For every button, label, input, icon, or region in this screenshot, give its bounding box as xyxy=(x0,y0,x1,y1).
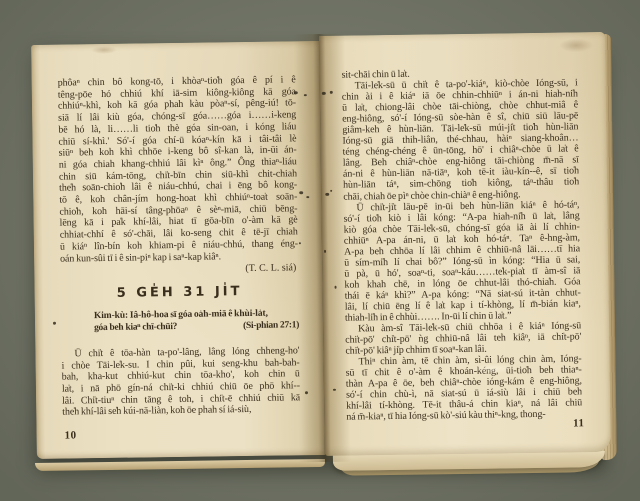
open-book: phôaⁿ chin bô kong-tō, i khòaⁿ-tio̍h góa… xyxy=(27,30,611,468)
paragraph: Tāi-le̍k-sū ū chi̍t ê ta-po'-kiáⁿ, kiò-c… xyxy=(342,77,580,202)
paragraph: Thiⁿ chin àm, tē chin àm, sì-ûi lóng chi… xyxy=(346,354,583,424)
text-line: the̍h khí-lâi se̍h kúi-nā-liàn, koh ōe p… xyxy=(62,404,300,419)
story-start-text: Ū chi̍t ê tōa-hàn ta-po'-lâng, lâng lóng… xyxy=(61,345,300,419)
ink-speck xyxy=(53,322,56,325)
paragraph: phôaⁿ chin bô kong-tō, i khòaⁿ-tio̍h góa… xyxy=(58,74,299,265)
wormhole-speck xyxy=(324,250,326,253)
byline: (T. C. L. siá) xyxy=(60,263,298,278)
wormhole-speck xyxy=(294,91,298,94)
wormhole-speck xyxy=(322,92,326,95)
text-line: ná m̄-kiaⁿ, tī hia Ióng-sū kò'-siú kàu t… xyxy=(346,409,582,423)
wormhole-speck xyxy=(306,196,309,198)
page-number-left: 10 xyxy=(64,429,76,441)
wormhole-speck xyxy=(299,191,303,194)
wormhole-speck xyxy=(325,193,329,196)
right-page: sit-chāi chin ū la̍t.Tāi-le̍k-sū ū chi̍t… xyxy=(319,32,611,456)
wormhole-speck xyxy=(330,190,332,192)
date-heading: 5 GE̍H 31 JI̍T xyxy=(61,285,299,300)
golden-verse-block: Kim-kù: Iâ-hô-hoa sī góa oa̍h-miā ê khùi… xyxy=(94,307,299,335)
paragraph: Ū chi̍t ê tōa-hàn ta-po'-lâng, lâng lóng… xyxy=(61,345,300,419)
wormhole-speck xyxy=(305,391,308,394)
left-continuation-text: phôaⁿ chin bô kong-tō, i khòaⁿ-tio̍h góa… xyxy=(58,74,299,265)
verse-line: góa beh kiaⁿ chī-chūi? xyxy=(94,321,177,335)
right-story-text: sit-chāi chin ū la̍t.Tāi-le̍k-sū ū chi̍t… xyxy=(341,66,582,423)
left-page-text: phôaⁿ chin bô kong-tō, i khòaⁿ-tio̍h góa… xyxy=(58,74,301,418)
wormhole-speck xyxy=(335,286,337,289)
foxing-stain xyxy=(559,38,593,52)
page-number-right: 11 xyxy=(573,417,585,429)
paragraph: Ū chi̍t-ji̍t lāu-pē in-ūi beh hùn-liān k… xyxy=(343,199,581,324)
foxing-stain xyxy=(91,46,117,54)
paragraph: Kàu àm-sî Tāi-le̍k-sū chiū chhōa i ê kiá… xyxy=(345,320,581,356)
wormhole-speck xyxy=(333,389,336,391)
right-page-text: sit-chāi chin ū la̍t.Tāi-le̍k-sū ū chi̍t… xyxy=(341,66,582,423)
wormhole-speck xyxy=(330,91,333,94)
left-page: phôaⁿ chin bô kong-tō, i khòaⁿ-tio̍h góa… xyxy=(31,41,325,459)
wormhole-speck xyxy=(304,94,307,96)
verse-line-with-reference: góa beh kiaⁿ chī-chūi? (Si-phian 27:1) xyxy=(94,320,299,335)
scripture-reference: (Si-phian 27:1) xyxy=(243,320,299,333)
photo-of-open-book: phôaⁿ chin bô kong-tō, i khòaⁿ-tio̍h góa… xyxy=(0,0,640,501)
wormhole-speck xyxy=(299,242,301,244)
